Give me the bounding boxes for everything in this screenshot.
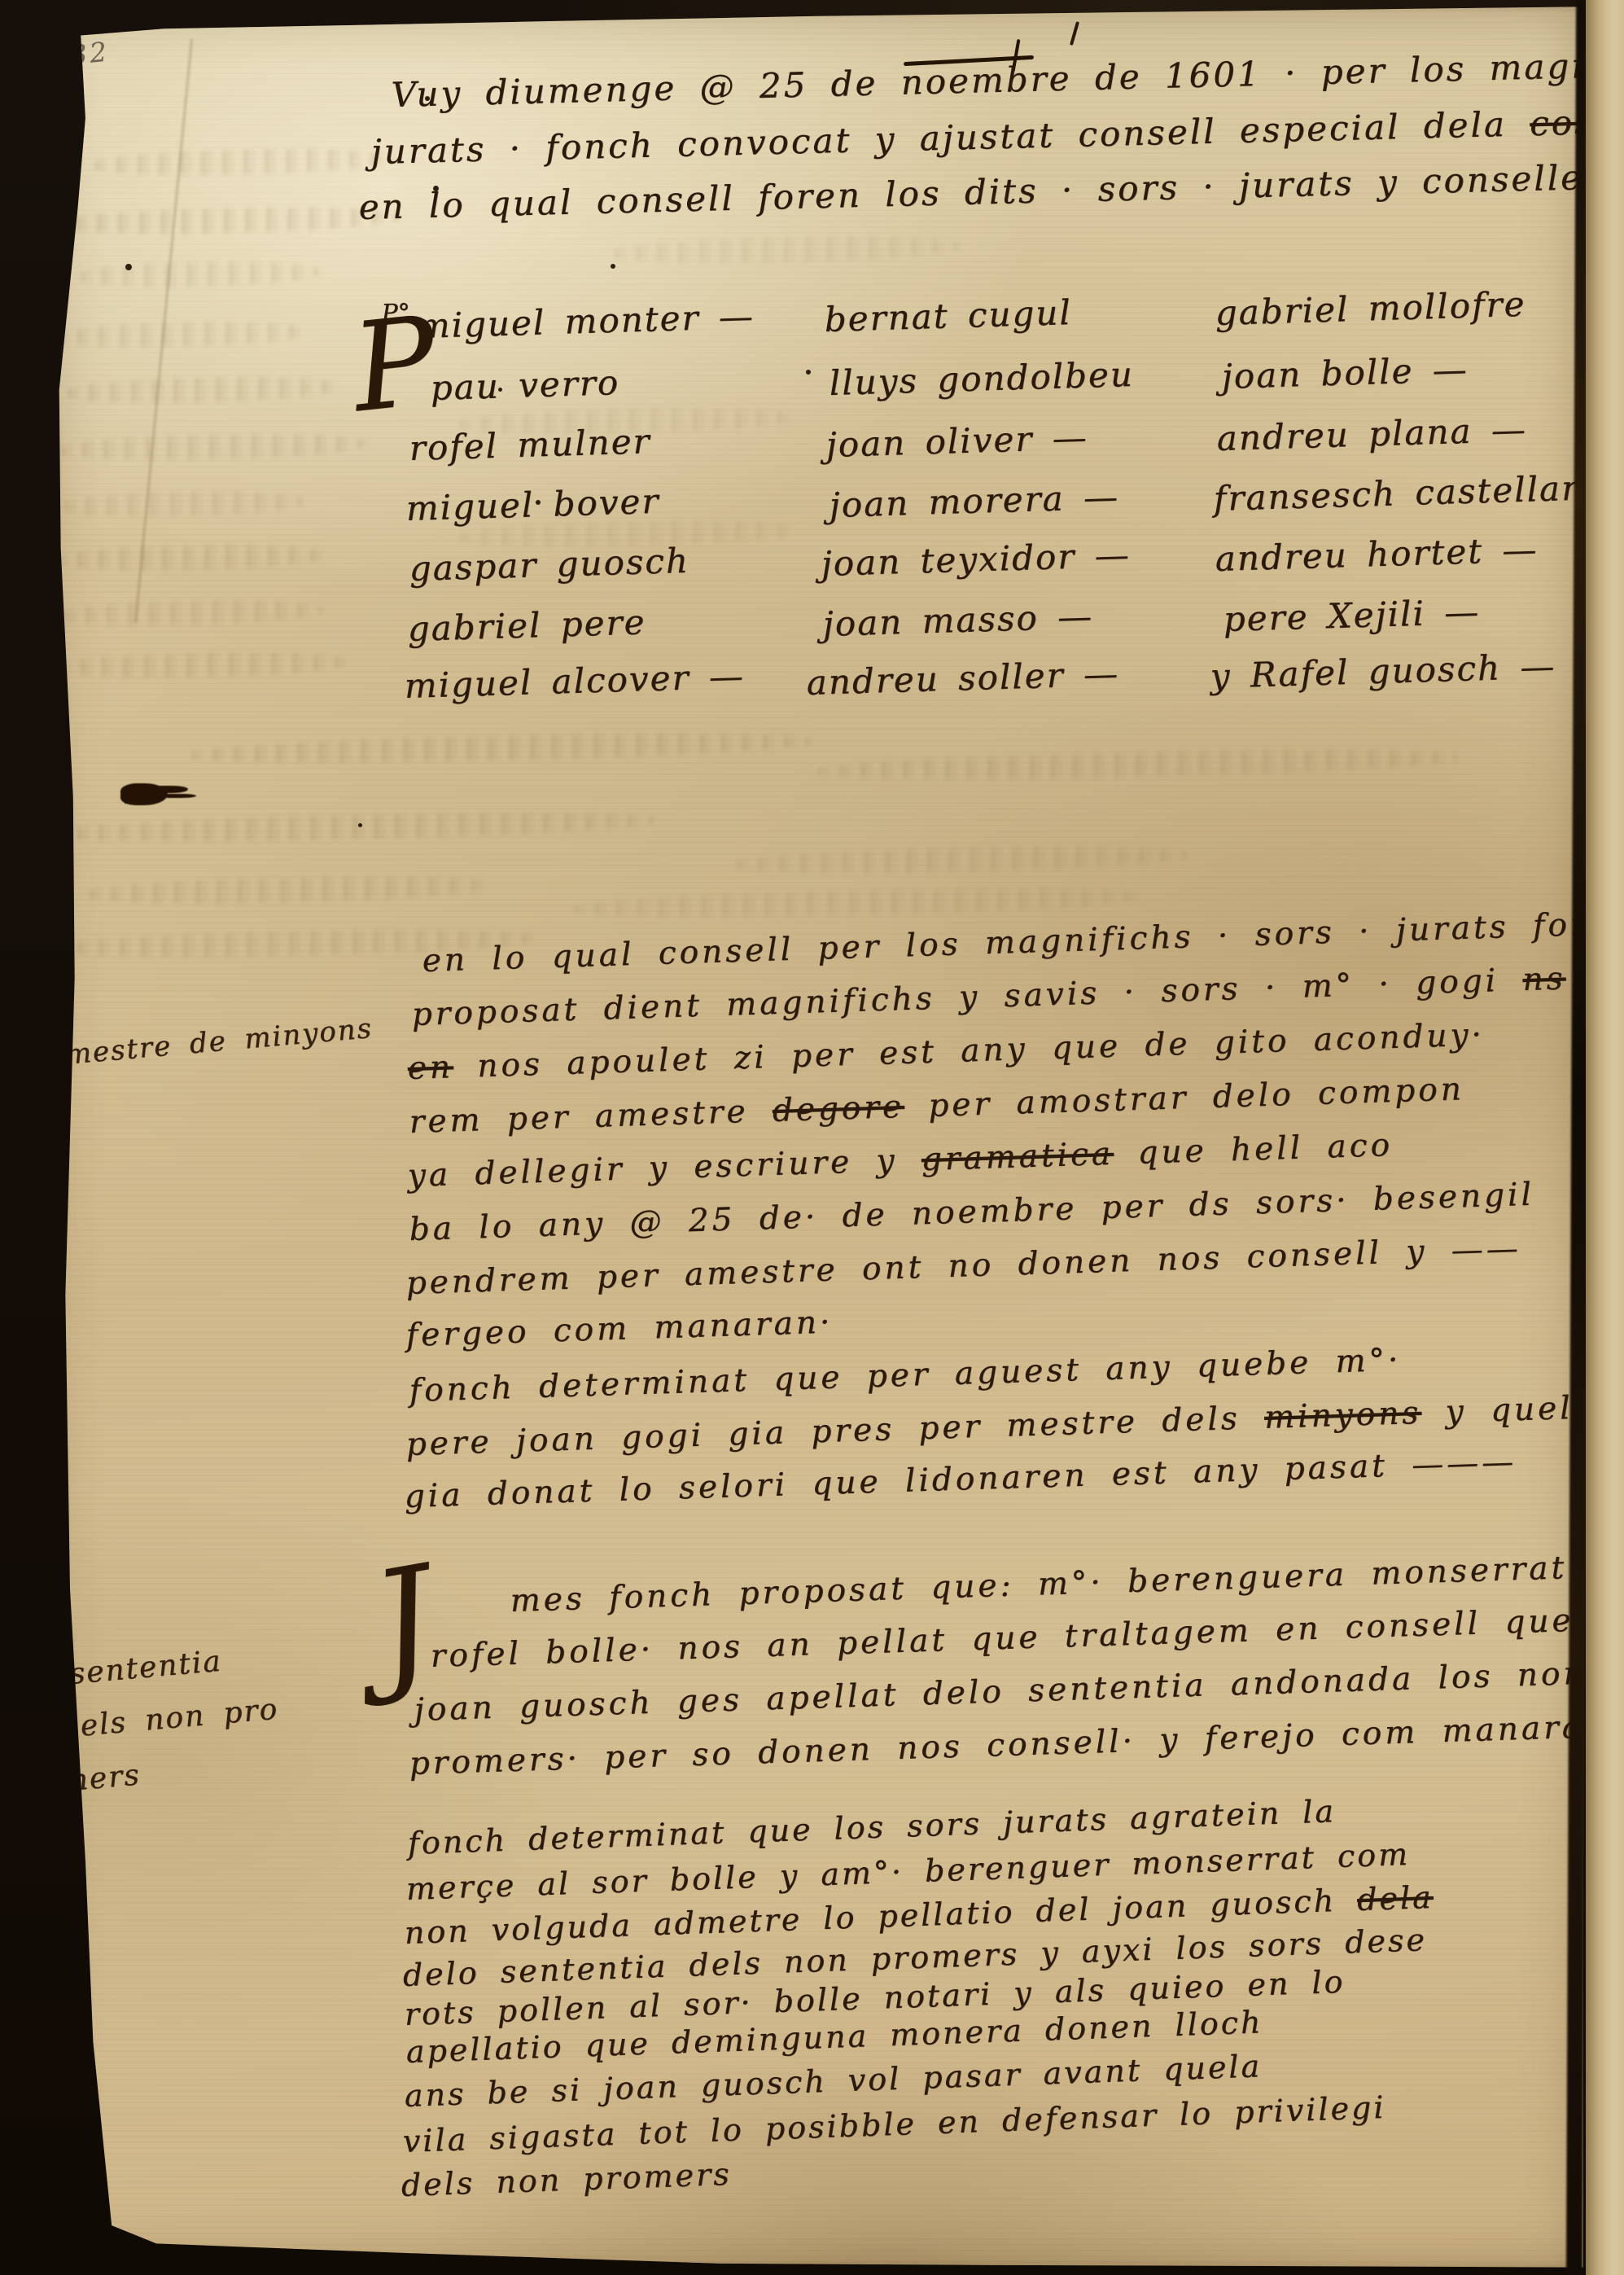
bleed-through-writing (814, 745, 1457, 784)
heading-line-2-text: jurats · fonch convocat y ajustat consel… (370, 103, 1530, 172)
bleed-through-writing (733, 843, 1189, 878)
paragraph-2-line-2-strikethrough: minyons (1263, 1395, 1422, 1436)
margin-note-sententia-line-2: dels non pro (59, 1693, 280, 1745)
paragraph-1-line-4-text: rem per amestre (409, 1093, 773, 1141)
bleed-through-writing (52, 542, 330, 573)
attendee-name: andreu hortet — (1215, 529, 1539, 579)
paragraph-1-line-3-strikethrough: en (407, 1049, 454, 1087)
worm-hole (806, 370, 811, 375)
attendee-name: gabriel mollofre (1215, 284, 1526, 333)
bleed-through-writing (570, 884, 1140, 922)
attendee-name: y Rafel guosch — (1210, 646, 1556, 696)
paragraph-1-line-8: fergeo com manaran· (405, 1304, 834, 1354)
ink-speck (125, 264, 132, 270)
folio-number: 32 (68, 36, 111, 72)
margin-note-sententia-line-3: mers (59, 1758, 142, 1798)
paragraph-1-line-5-text2: que hell aco (1113, 1127, 1393, 1173)
bleed-through-writing (50, 204, 403, 237)
bleed-through-writing (77, 260, 322, 290)
attendee-name: pau verro (430, 362, 620, 408)
bleed-through-writing (611, 234, 961, 266)
bleed-through-writing (85, 873, 493, 906)
paragraph-1-line-4-strikethrough: degore (772, 1089, 905, 1129)
worm-hole (611, 264, 615, 269)
bleed-through-writing (63, 375, 341, 405)
attendee-name: miguel alcover — (404, 656, 745, 706)
manuscript-page: 32 Vuy diumenge @ 25 de noembre de 1601 … (41, 5, 1583, 2268)
paragraph-2-line-2-text: pere joan gogi gia pres per mestre dels (405, 1400, 1265, 1463)
pen-tick (1070, 21, 1079, 46)
ink-blot (120, 783, 168, 805)
attendee-name: miguel monter — (417, 296, 755, 346)
heading-line-1: Vuy diumenge @ 25 de noembre de 1601 · p… (391, 43, 1624, 115)
paragraph-1-line-5: ya dellegir y escriure y gramatica que h… (407, 1127, 1394, 1194)
worm-hole (358, 823, 362, 827)
attendee-name: joan bolle — (1221, 349, 1469, 397)
attendee-name: fransesch castellar (1213, 468, 1580, 519)
paragraph-4-line-9: dels non promers (401, 2156, 732, 2203)
attendee-name: joan teyxidor — (821, 535, 1131, 584)
attendee-name: andreu plana — (1216, 410, 1527, 458)
attendee-name: joan oliver — (825, 417, 1088, 465)
bleed-through-writing (187, 729, 814, 767)
bleed-through-writing (60, 598, 323, 628)
paragraph-4-line-3-strikethrough: dela (1356, 1879, 1434, 1918)
paragraph-1-line-2-strikethrough: ns (1522, 960, 1567, 998)
adjacent-page-edge (1586, 0, 1624, 2275)
margin-note-mestre: mestre de minyons (63, 1012, 374, 1072)
attendee-name: miguel bover (405, 481, 660, 528)
attendee-name: gabriel pere (407, 602, 646, 649)
attendee-name: pere Xejili — (1223, 592, 1481, 639)
bleed-through-writing (57, 432, 369, 463)
attendee-name: joan masso — (822, 596, 1094, 644)
bleed-through-writing (52, 319, 307, 349)
bleed-through-writing (91, 147, 395, 178)
paragraph-2-line-2-text2: y queli (1420, 1389, 1587, 1431)
attendee-name: lluys gondolbeu (829, 354, 1134, 403)
bleed-through-writing (52, 809, 654, 847)
paragraph-1-line-5-strikethrough: gramatica (921, 1136, 1114, 1178)
margin-note-sententia-line-1: sententia (68, 1645, 223, 1691)
attendee-name: andreu soller — (806, 654, 1120, 703)
attendee-name: rofel mulner (409, 421, 651, 468)
bleed-through-writing (60, 489, 305, 519)
attendee-name: joan morera — (829, 476, 1120, 525)
attendee-name: gaspar guosch (409, 541, 689, 589)
paragraph-1-line-5-text: ya dellegir y escriure y (407, 1142, 921, 1194)
paragraph-1-line-4-text2: per amostrar delo compon (904, 1071, 1464, 1125)
bleed-through-writing (55, 650, 349, 681)
attendee-name: bernat cugul (824, 292, 1072, 340)
manuscript-photo: 32 Vuy diumenge @ 25 de noembre de 1601 … (0, 0, 1624, 2275)
